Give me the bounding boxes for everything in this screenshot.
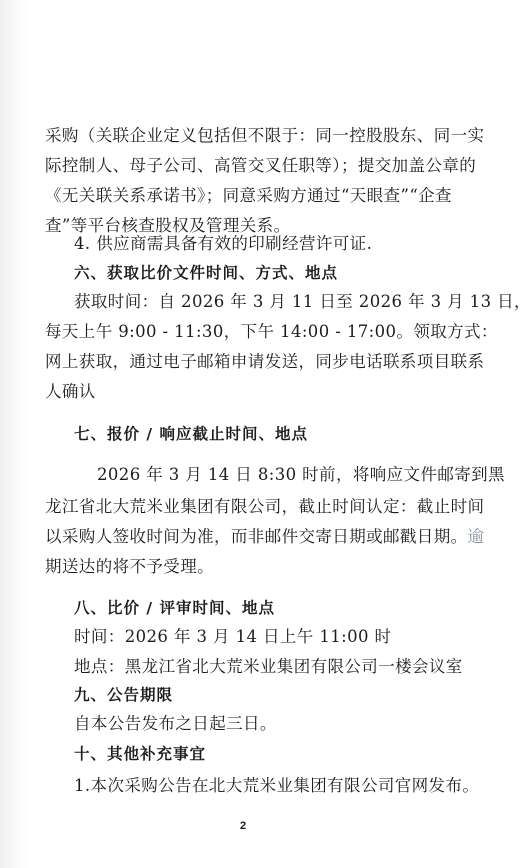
paragraph-line: 人确认 (45, 382, 96, 402)
paragraph-line: 网上获取，通过电子邮箱申请发送，同步电话联系项目联系 (45, 352, 484, 372)
paragraph-line: 2026 年 3 月 14 日 8:30 时前，将响应文件邮寄到黑 (97, 465, 505, 485)
paragraph-line: 采购（关联企业定义包括但不限于：同一控股股东、同一实 (45, 126, 484, 146)
paragraph-line: 查”等平台核查股权及管理关系。 (45, 216, 290, 236)
notice-period: 自本公告发布之日起三日。 (74, 714, 277, 734)
paragraph-line: 际控制人、母子公司、高管交叉任职等）；提交加盖公章的 (45, 156, 476, 176)
section-heading-9: 九、公告期限 (74, 685, 173, 705)
requirement-item-4: 4. 供应商需具备有效的印刷经营许可证. (74, 234, 372, 254)
section-heading-6: 六、获取比价文件时间、方式、地点 (74, 263, 338, 283)
paragraph-line: 《无关联关系承诺书》；同意采购方通过“天眼查”“企查 (45, 186, 452, 206)
paragraph-text: 以采购人签收时间为准，而非邮件交寄日期或邮戳日期。 (45, 527, 468, 546)
section-heading-7: 七、报价 / 响应截止时间、地点 (74, 424, 308, 444)
faded-text: 逾 (468, 527, 485, 546)
page-number: 2 (240, 820, 246, 832)
paragraph-line: 获取时间：自 2026 年 3 月 11 日至 2026 年 3 月 13 日， (74, 292, 526, 312)
paragraph-line: 以采购人签收时间为准，而非邮件交寄日期或邮戳日期。逾 (45, 527, 484, 547)
paragraph-line: 龙江省北大荒米业集团有限公司，截止时间认定：截止时间 (45, 497, 484, 517)
paragraph-line: 每天上午 9:00 - 11:30，下午 14:00 - 17:00。领取方式： (45, 322, 498, 342)
supplementary-item-1: 1.本次采购公告在北大荒米业集团有限公司官网发布。 (74, 776, 479, 796)
paragraph-line: 期送达的将不予受理。 (45, 557, 214, 577)
evaluation-time: 时间：2026 年 3 月 14 日上午 11:00 时 (74, 627, 391, 647)
document-page: 采购（关联企业定义包括但不限于：同一控股股东、同一实 际控制人、母子公司、高管交… (0, 0, 526, 868)
section-heading-10: 十、其他补充事宜 (74, 744, 206, 764)
section-heading-8: 八、比价 / 评审时间、地点 (74, 598, 275, 618)
evaluation-location: 地点：黑龙江省北大荒米业集团有限公司一楼会议室 (74, 657, 463, 677)
